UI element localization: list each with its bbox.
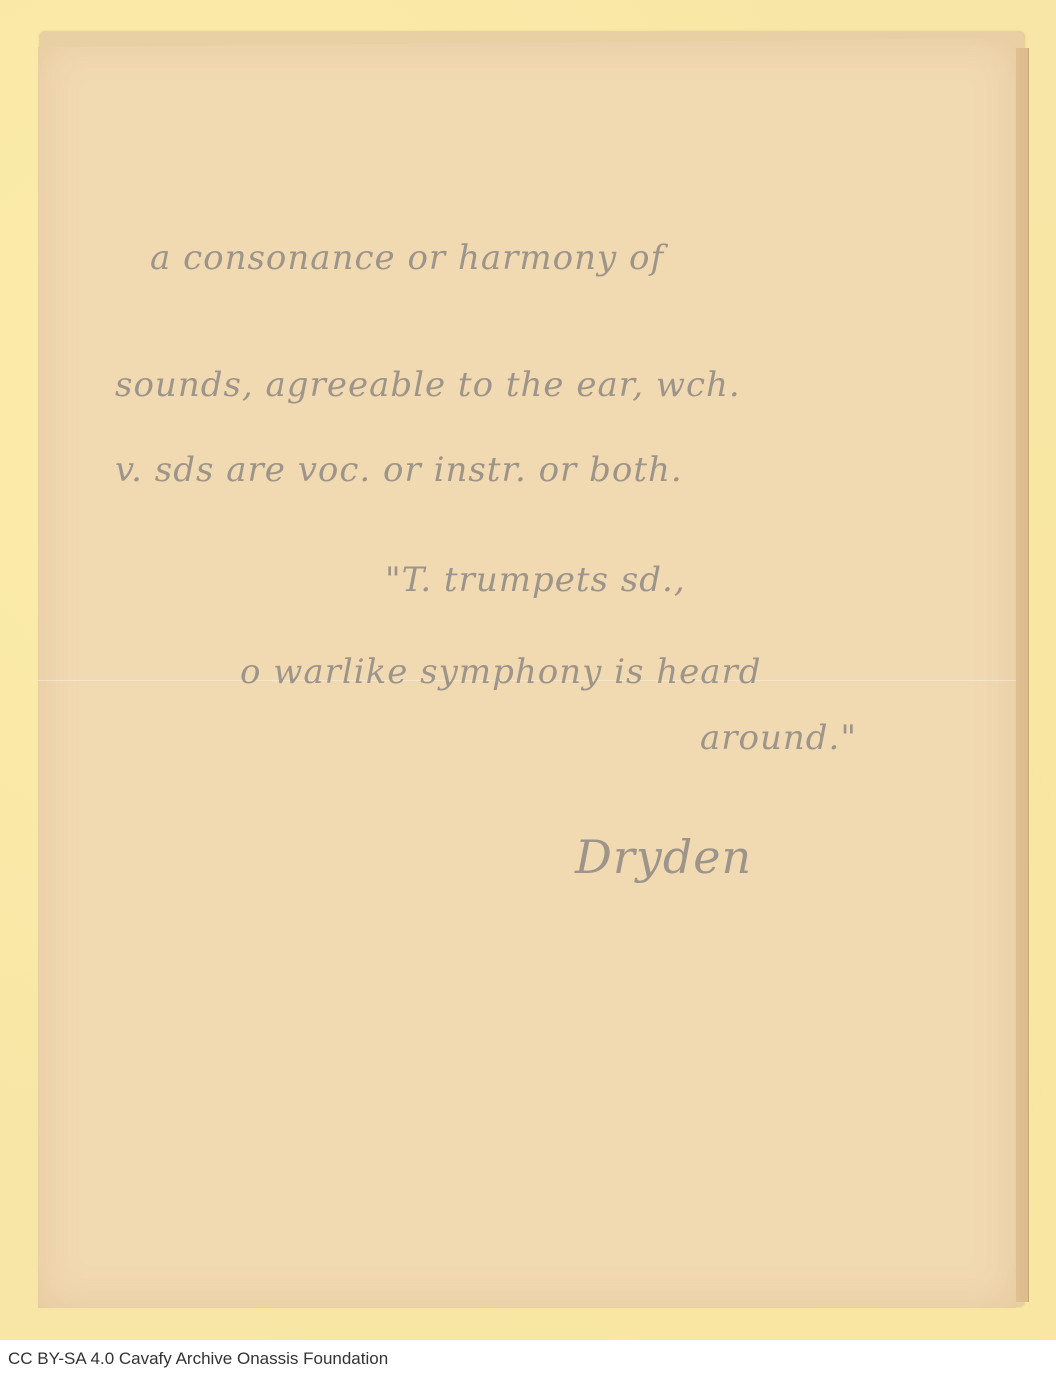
handwriting-line-3: v. sds are voc. or instr. or both. xyxy=(115,450,683,490)
handwriting-line-1: a consonance or harmony of xyxy=(150,238,664,278)
handwriting-line-5: o warlike symphony is heard xyxy=(240,652,762,692)
handwriting-line-4: "T. trumpets sd., xyxy=(385,560,686,600)
license-caption: CC BY-SA 4.0 Cavafy Archive Onassis Foun… xyxy=(8,1349,388,1369)
handwriting-signature: Dryden xyxy=(575,830,752,884)
scan-background: a consonance or harmony of sounds, agree… xyxy=(0,0,1056,1340)
handwriting-line-6: around." xyxy=(700,718,857,758)
handwriting-line-2: sounds, agreeable to the ear, wch. xyxy=(115,365,741,405)
